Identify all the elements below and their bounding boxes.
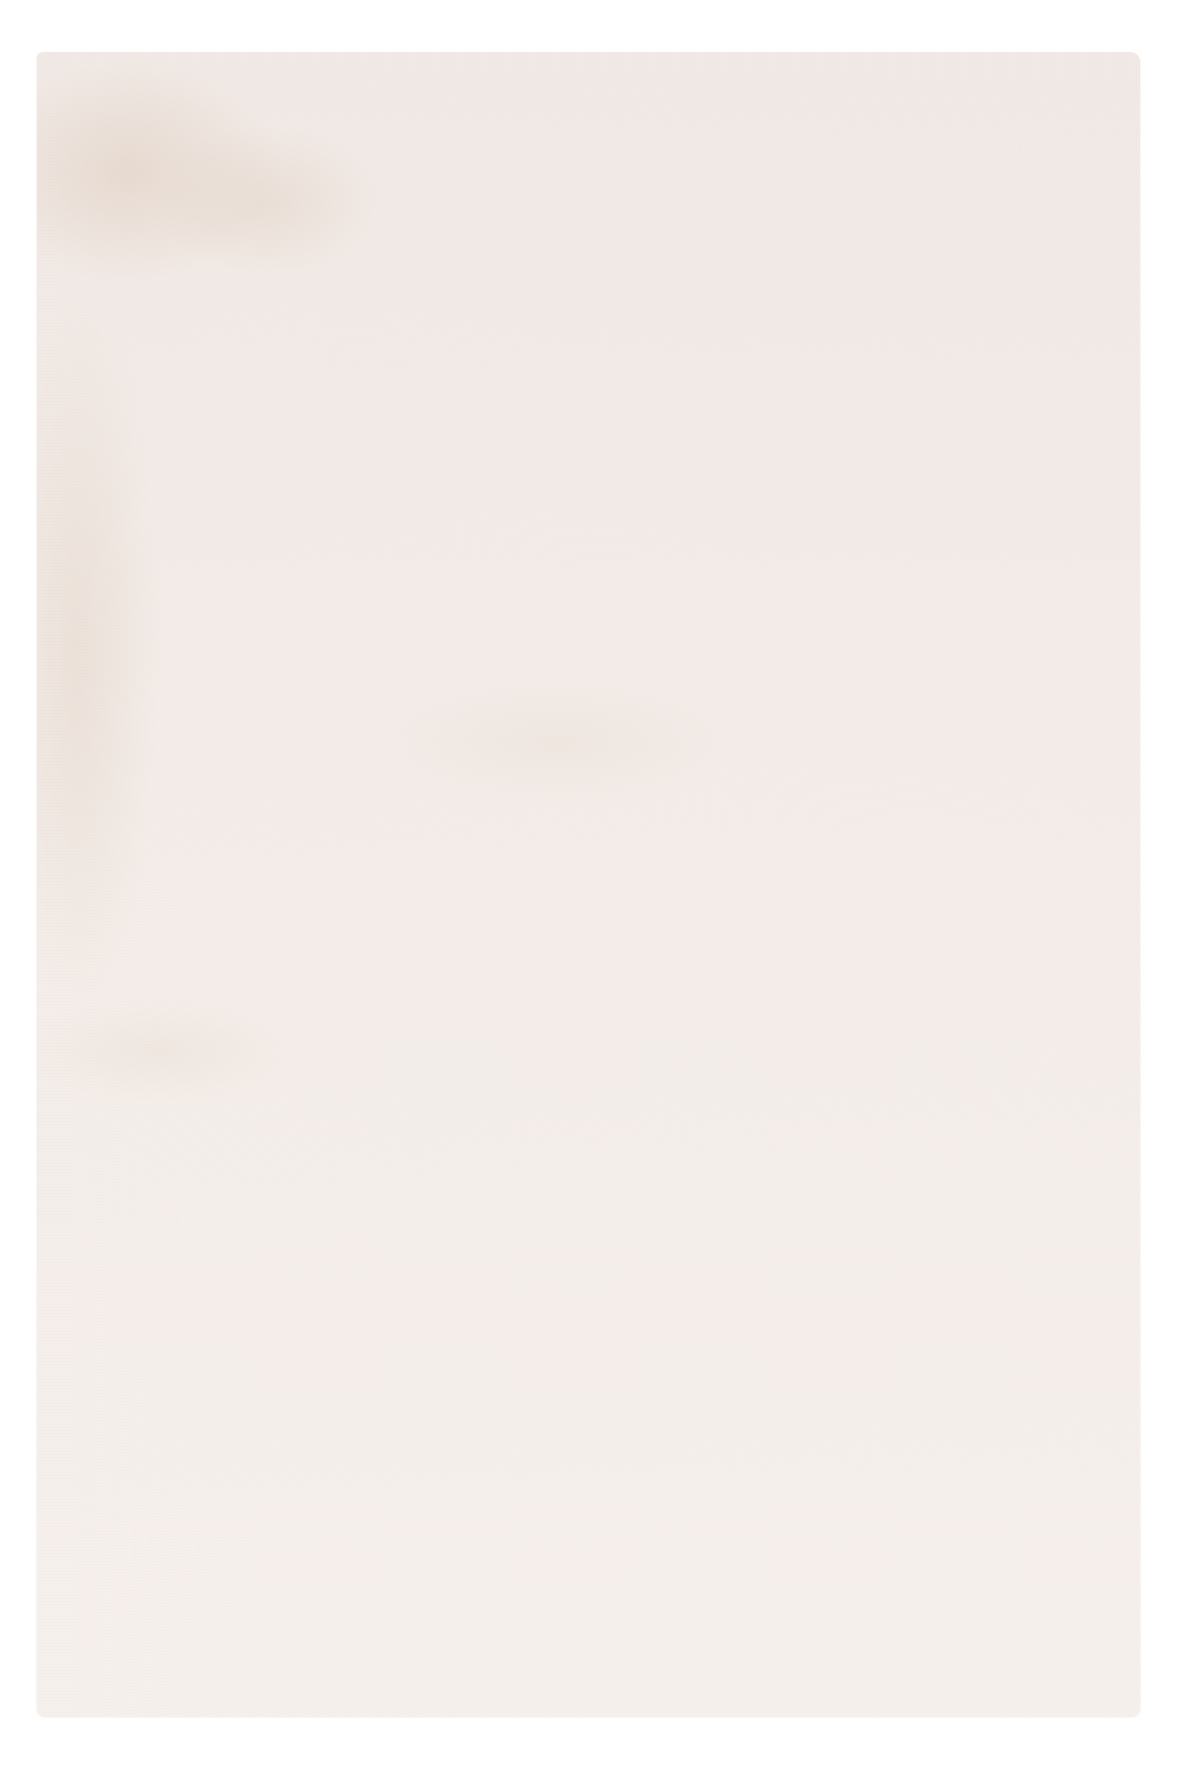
cream-rug: [37, 52, 1140, 1716]
